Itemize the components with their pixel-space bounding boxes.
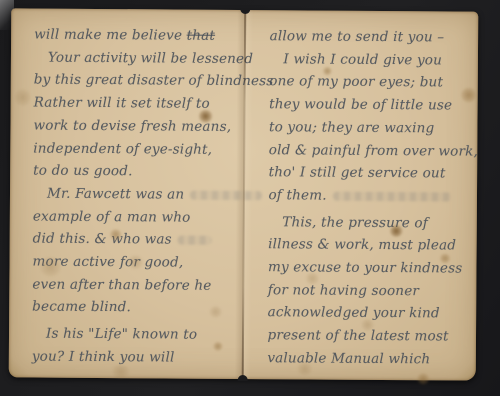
handwritten-line: even after than before he [32,273,239,297]
handwritten-text: Your activity will be lessened [48,49,253,66]
handwritten-line: you? I think you will [32,345,239,369]
handwritten-line: will make me believe that [34,24,241,48]
handwritten-line: This, the pressure of [268,211,473,235]
handwritten-text: example of a man who [33,208,191,225]
handwritten-line: Rather will it set itself to [34,92,241,116]
handwritten-text: they would be of little use [269,96,452,113]
handwritten-text: Mr. Fawcett was an [47,186,184,203]
handwritten-line: valuable Manual which [267,347,472,371]
handwritten-line: example of a man who [33,205,240,229]
erased-text-smudge [333,192,451,202]
handwritten-text: became blind. [32,299,131,316]
handwritten-text: more active for good, [32,254,183,271]
letter-page-right: allow me to send it you –I wish I could … [242,10,478,381]
handwritten-line: illness & work, must plead [268,234,473,258]
struck-word: that [187,28,216,44]
letter-page-left: will make me believe thatYour activity w… [9,8,245,379]
handwritten-text: even after than before he [32,276,211,293]
fold-notch-bottom [237,375,247,381]
handwritten-text: did this. & who was [33,231,172,248]
letter-paper: will make me believe thatYour activity w… [9,8,479,380]
handwritten-line: one of my poor eyes; but [269,71,474,95]
handwritten-line: Your activity will be lessened [34,46,241,70]
handwritten-text: old & painful from over work, [269,142,478,159]
handwritten-line: Mr. Fawcett was an [33,182,240,206]
erased-text-smudge [178,236,212,245]
handwritten-line: for not having sooner [268,279,473,303]
handwritten-line: Is his "Life" known to [32,323,239,347]
handwritten-text: my excuse to your kindness [268,259,463,276]
handwritten-text: valuable Manual which [267,350,430,367]
handwritten-line: to do us good. [33,160,240,184]
handwritten-text: you? I think you will [32,348,175,365]
handwritten-line: present of the latest most [267,324,472,348]
handwritten-line: of them. [268,184,473,208]
handwritten-line: I wish I could give you [269,48,474,72]
handwritten-line: my excuse to your kindness [268,256,473,280]
handwritten-text: This, the pressure of [282,214,428,231]
handwritten-line: allow me to send it you – [270,25,475,49]
handwritten-text: independent of eye-sight, [33,140,212,157]
handwritten-text: to do us good. [33,163,133,180]
handwritten-line: more active for good, [32,251,239,275]
handwritten-text: to you; they are waxing [269,119,435,136]
handwritten-text: present of the latest most [267,327,448,344]
handwritten-line: tho' I still get service out [269,161,474,185]
handwritten-text: Is his "Life" known to [46,326,197,343]
handwritten-text: allow me to send it you – [270,28,445,45]
handwritten-line: old & painful from over work, [269,139,474,163]
handwritten-line: independent of eye-sight, [33,137,240,161]
handwritten-text: of them. [268,187,326,203]
handwritten-line: they would be of little use [269,93,474,117]
handwritten-line: did this. & who was [33,228,240,252]
handwritten-text: illness & work, must plead [268,237,456,254]
handwritten-text: will make me believe [34,27,187,44]
scan-background: will make me believe thatYour activity w… [0,0,500,396]
handwritten-text: by this great disaster of blindness [34,72,274,90]
handwritten-line: work to devise fresh means, [33,114,240,138]
handwritten-text: work to devise fresh means, [33,117,231,134]
handwritten-line: to you; they are waxing [269,116,474,140]
handwritten-line: by this great disaster of blindness [34,69,241,93]
handwritten-line: acknowledged your kind [268,302,473,326]
handwritten-text: one of my poor eyes; but [269,74,443,91]
handwritten-text: I wish I could give you [283,51,442,68]
handwritten-line: became blind. [32,296,239,320]
handwritten-text: acknowledged your kind [268,305,440,322]
handwritten-text: Rather will it set itself to [34,95,210,112]
handwritten-text: for not having sooner [268,282,419,299]
handwritten-text: tho' I still get service out [269,164,446,181]
